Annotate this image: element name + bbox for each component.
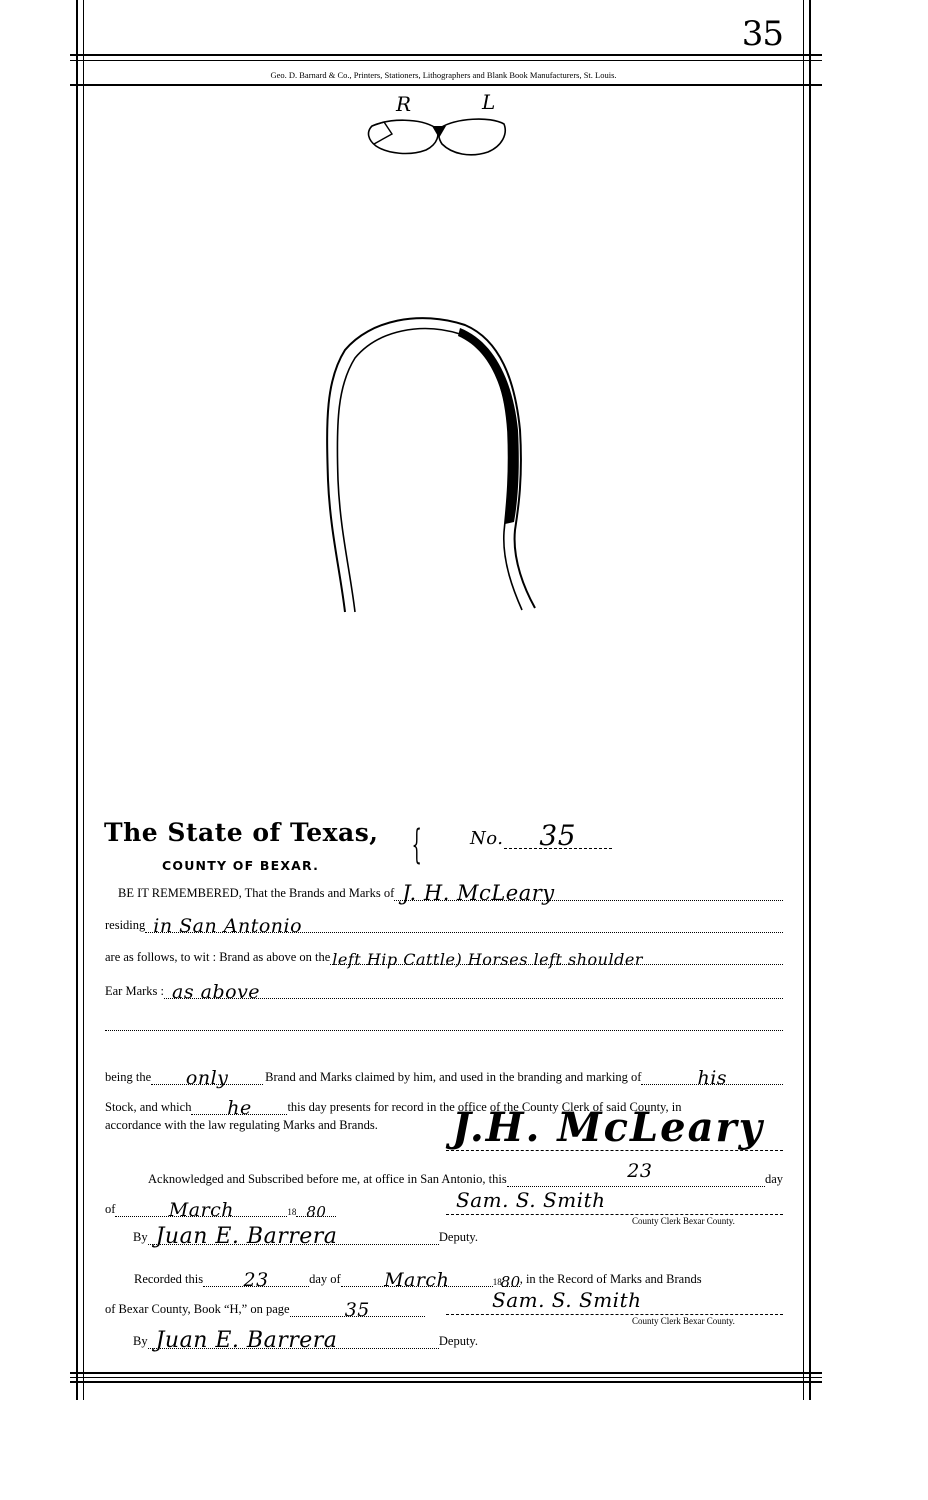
ack-by-label: By: [133, 1230, 148, 1245]
residing-field: in San Antonio: [145, 914, 783, 933]
be-it-remembered-label: BE IT REMEMBERED, That the Brands and Ma…: [118, 886, 394, 901]
owner-name-value: J. H. McLeary: [402, 881, 554, 905]
ack-month-field: March: [115, 1198, 287, 1217]
ack-deputy-line: By Juan E. Barrera Deputy.: [133, 1226, 478, 1245]
ack-day-value: 23: [627, 1160, 652, 1182]
record-number: No. 35: [470, 822, 612, 849]
being-the-label: being the: [105, 1070, 151, 1085]
rec-clerk-signature: Sam. S. Smith: [492, 1288, 642, 1312]
ack-year-prefix: 18: [287, 1207, 296, 1217]
footer-rule-3: [70, 1381, 822, 1383]
ack-year-value: 80: [306, 1203, 326, 1221]
brand-location-line: are as follows, to wit : Brand as above …: [105, 946, 783, 965]
rec-day-field: 23: [203, 1268, 309, 1287]
rec-page-value: 35: [345, 1299, 370, 1321]
ack-clerk-signature: Sam. S. Smith: [456, 1188, 606, 1212]
footer-rule-2: [70, 1377, 822, 1378]
being-the-field: only: [151, 1066, 263, 1085]
header-rule-3: [70, 84, 822, 86]
which-field: he: [191, 1096, 287, 1115]
residing-line: residing in San Antonio: [105, 914, 783, 933]
which-value: he: [227, 1097, 251, 1119]
ack-clerk-signature-line: [446, 1214, 783, 1215]
whose-value: his: [697, 1067, 727, 1089]
ack-year-field: 80: [296, 1198, 336, 1217]
rec-deputy-label: Deputy.: [439, 1334, 478, 1349]
header-rule-2: [70, 60, 822, 61]
ear-marks-drawing: R L: [360, 92, 520, 162]
recorded-label: Recorded this: [134, 1272, 203, 1287]
stock-label: Stock, and which: [105, 1100, 191, 1115]
recorded-line: Recorded this 23 day of March 18 80 , in…: [134, 1268, 783, 1287]
ack-of-label: of: [105, 1202, 115, 1217]
ack-month-value: March: [169, 1199, 234, 1221]
state-title: The State of Texas,: [104, 818, 379, 847]
residing-value: in San Antonio: [153, 915, 302, 937]
rec-day-of-label: day of: [309, 1272, 341, 1287]
frame-left-inner: [83, 0, 84, 1400]
book-line: of Bexar County, Book “H,” on page 35: [105, 1298, 425, 1317]
printer-imprint: Geo. D. Barnard & Co., Printers, Station…: [84, 70, 803, 80]
ack-day-label: day: [765, 1172, 783, 1187]
rec-page-field: 35: [290, 1298, 425, 1317]
as-follows-label: are as follows, to wit : Brand as above …: [105, 950, 330, 965]
accordance-text: accordance with the law regulating Marks…: [105, 1118, 378, 1133]
rec-day-value: 23: [244, 1269, 269, 1291]
rec-month-value: March: [384, 1269, 449, 1291]
claimed-text: Brand and Marks claimed by him, and used…: [265, 1070, 641, 1085]
rec-record-text: , in the Record of Marks and Brands: [520, 1272, 702, 1287]
ear-left-label: L: [482, 90, 496, 114]
being-the-line: being the only Brand and Marks claimed b…: [105, 1066, 783, 1085]
ear-shapes-icon: [360, 112, 520, 162]
rec-by-label: By: [133, 1334, 148, 1349]
owner-line: BE IT REMEMBERED, That the Brands and Ma…: [118, 882, 783, 901]
rec-clerk-signature-line: [446, 1314, 783, 1315]
brand-location-field: left Hip Cattle) Horses left shoulder: [330, 946, 783, 965]
brace: {: [412, 822, 422, 868]
rec-year-field: 80: [502, 1268, 520, 1287]
rec-month-field: March: [341, 1268, 493, 1287]
owner-signature: J.H. McLeary: [452, 1104, 764, 1151]
brand-horseshoe-icon: [300, 300, 560, 630]
ear-marks-line: Ear Marks : as above: [105, 980, 783, 999]
ear-marks-value: as above: [172, 981, 260, 1003]
ear-marks-field: as above: [164, 980, 783, 999]
ack-deputy-signature: Juan E. Barrera: [156, 1224, 338, 1249]
header-rule-1: [70, 54, 822, 56]
rec-deputy-line: By Juan E. Barrera Deputy.: [133, 1330, 478, 1349]
whose-field: his: [641, 1066, 783, 1085]
ack-deputy-field: Juan E. Barrera: [148, 1226, 439, 1245]
brand-location-value: left Hip Cattle) Horses left shoulder: [332, 950, 643, 969]
frame-right-inner: [803, 0, 804, 1400]
rec-deputy-field: Juan E. Barrera: [148, 1330, 439, 1349]
frame-left-outer: [76, 0, 78, 1400]
ack-deputy-label: Deputy.: [439, 1230, 478, 1245]
being-the-value: only: [186, 1067, 229, 1089]
owner-name-field: J. H. McLeary: [394, 882, 783, 901]
rec-book-text: of Bexar County, Book “H,” on page: [105, 1302, 290, 1317]
frame-right-outer: [809, 0, 811, 1400]
ack-clerk-title: County Clerk Bexar County.: [632, 1216, 735, 1226]
ear-marks-label: Ear Marks :: [105, 984, 164, 999]
footer-rule-1: [70, 1372, 822, 1374]
residing-label: residing: [105, 918, 145, 933]
no-label: No.: [470, 828, 504, 849]
ear-marks-extra-line: [105, 1012, 783, 1031]
acknowledged-text: Acknowledged and Subscribed before me, a…: [148, 1172, 507, 1187]
ack-day-field: 23: [507, 1168, 765, 1187]
rec-clerk-title: County Clerk Bexar County.: [632, 1316, 735, 1326]
page-number: 35: [742, 14, 783, 54]
no-value: 35: [539, 819, 576, 852]
ear-marks-extra-field: [105, 1012, 783, 1031]
ack-date-line: of March 18 80: [105, 1198, 445, 1217]
rec-deputy-signature: Juan E. Barrera: [156, 1328, 338, 1353]
county-title: COUNTY OF BEXAR.: [162, 858, 319, 873]
acknowledged-line: Acknowledged and Subscribed before me, a…: [148, 1168, 783, 1187]
